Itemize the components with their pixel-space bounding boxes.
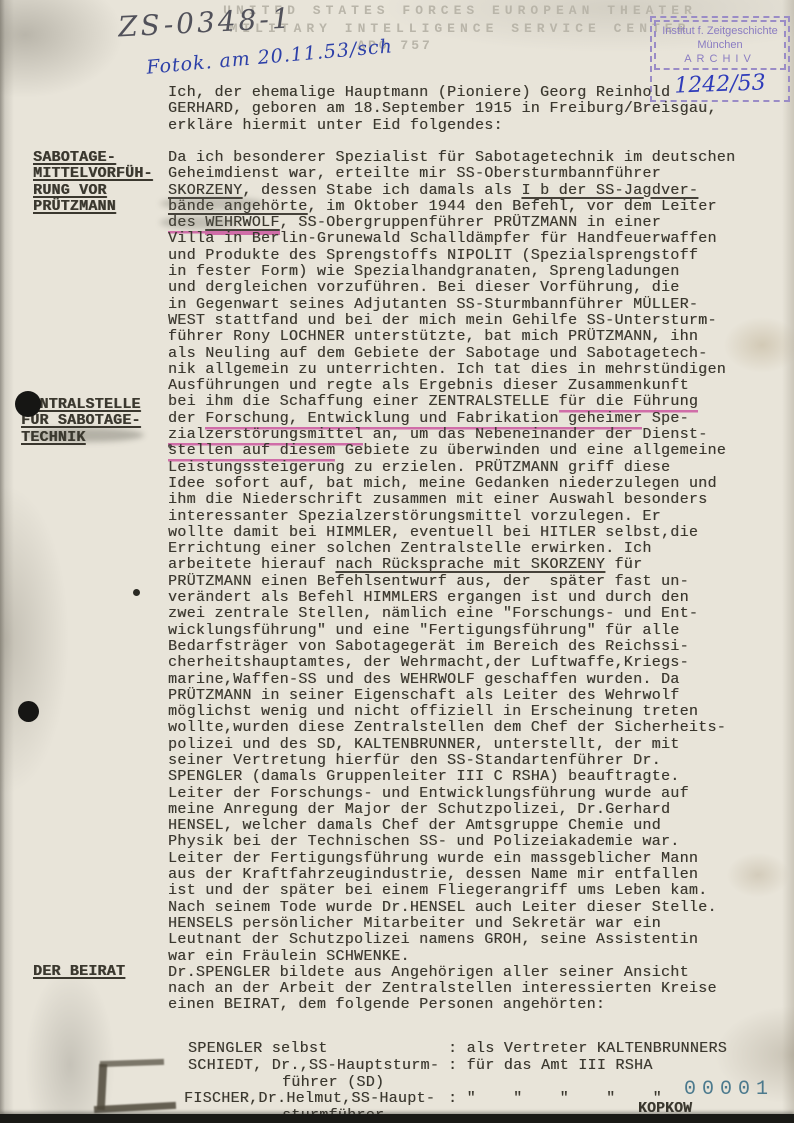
- beirat-role: : für das Amt III RSHA: [448, 1057, 653, 1074]
- stamp-city: München: [656, 38, 784, 52]
- text-line: in fester Form) wie Spezialhandgranaten,…: [168, 264, 735, 280]
- ink-smudge: [26, 428, 144, 442]
- margin-label-sabotagemittelvorfuehrung: SABOTAGE-MITTELVORFÜH-RUNG VORPRÜTZMANN: [33, 150, 153, 215]
- text-segment: PRÜTZMANN in seiner Eigenschaft als Leit…: [168, 687, 680, 704]
- text-segment: Leistungssteigerung zu erzielen. PRÜTZMA…: [168, 459, 670, 476]
- text-segment: bei ihm die Schaffung einer ZENTRALSTELL…: [168, 393, 559, 410]
- text-line: cherheitshauptamtes, der Wehrmacht,der L…: [168, 655, 735, 671]
- text-segment: wicklungsführung" und eine "Fertigungsfü…: [168, 622, 680, 639]
- text-segment: Da ich besonderer Spezialist für Sabotag…: [168, 149, 735, 166]
- text-line: einen BEIRAT, dem folgende Personen ange…: [168, 997, 735, 1013]
- text-segment: Physik bei der Technischen SS- und Poliz…: [168, 833, 680, 850]
- underlined-text: Forschung, Entwicklung und Fabrikation g…: [205, 410, 642, 427]
- text-segment: für: [605, 556, 642, 573]
- text-segment: Bedarfsträger von Sabotagegerät im Berei…: [168, 638, 689, 655]
- text-line: nach an der Arbeit der Zentralstellen in…: [168, 981, 735, 997]
- text-line: bei ihm die Schaffung einer ZENTRALSTELL…: [168, 394, 735, 410]
- text-segment: marine,Waffen-SS und des WEHRWOLF gescha…: [168, 671, 680, 688]
- underlined-text: für die Führung: [559, 393, 699, 410]
- text-line: polizei und des SD, KALTENBRUNNER, unter…: [168, 737, 735, 753]
- stamp-institution: Institut f. Zeitgeschichte: [656, 24, 784, 38]
- text-line: Dr.SPENGLER bildete aus Angehörigen alle…: [168, 965, 735, 981]
- text-segment: in Gegenwart seines Adjutanten SS-Sturmb…: [168, 296, 698, 313]
- text-line: des WEHRWOLF, SS-Obergruppenführer PRÜTZ…: [168, 215, 735, 231]
- text-segment: Spe-: [642, 410, 689, 427]
- text-segment: Geheimdienst war, erteilte mir SS-Oberst…: [168, 165, 661, 182]
- text-line: WEST stattfand und bei der mich mein Geh…: [168, 313, 735, 329]
- stamp-department: ARCHIV: [656, 52, 784, 66]
- beirat-person: FISCHER,Dr.Helmut,SS-Haupt-: [184, 1090, 435, 1107]
- underlined-text: stellen auf diesem: [168, 442, 335, 459]
- text-line: möglichst wenig und nicht offiziell in E…: [168, 704, 735, 720]
- page-serial-stamp: 00001: [684, 1078, 774, 1101]
- text-segment: meine Anregung der Major der Schutzpoliz…: [168, 801, 670, 818]
- punch-hole: [15, 391, 41, 417]
- margin-label-line: PRÜTZMANN: [33, 199, 153, 215]
- text-segment: , SS-Obergruppenführer PRÜTZMANN in eine…: [280, 214, 661, 231]
- margin-label-line: DER BEIRAT: [33, 964, 125, 980]
- text-line: führer Rony LOCHNER unterstützte, bat mi…: [168, 329, 735, 345]
- text-line: Nach seinem Tode wurde Dr.HENSEL auch Le…: [168, 900, 735, 916]
- text-line: erkläre hiermit unter Eid folgendes:: [168, 118, 717, 134]
- text-segment: nik allgemein zu unterrichten. Ich tat d…: [168, 361, 726, 378]
- text-segment: führer Rony LOCHNER unterstützte, bat mi…: [168, 328, 698, 345]
- text-line: PRÜTZMANN einen Befehlsentwurf aus, der …: [168, 574, 735, 590]
- margin-label-line: RUNG VOR: [33, 183, 153, 199]
- beirat-role: : als Vertreter KALTENBRUNNERS: [448, 1040, 727, 1057]
- margin-label-line: SABOTAGE-: [33, 150, 153, 166]
- text-segment: war ein Fräulein SCHWENKE.: [168, 948, 410, 965]
- text-segment: Idee sofort auf, bat mich, meine Gedanke…: [168, 475, 717, 492]
- text-line: Ausführungen und regte als Ergebnis dies…: [168, 378, 735, 394]
- text-segment: Leiter der Fertigungsführung wurde ein m…: [168, 850, 698, 867]
- text-line: meine Anregung der Major der Schutzpoliz…: [168, 802, 735, 818]
- text-line: nik allgemein zu unterrichten. Ich tat d…: [168, 362, 735, 378]
- text-segment: Errichtung einer solchen Zentralstelle e…: [168, 540, 652, 557]
- text-line: wicklungsführung" und eine "Fertigungsfü…: [168, 623, 735, 639]
- text-segment: zwei zentrale Stellen, nämlich eine "For…: [168, 605, 698, 622]
- text-segment: GERHARD, geboren am 18.September 1915 in…: [168, 100, 717, 117]
- text-segment: HENSELS persönlicher Mitarbeiter und Sek…: [168, 915, 661, 932]
- text-segment: seiner Vertretung hierfür den SS-Standar…: [168, 752, 661, 769]
- text-segment: ihm die Niederschrift zusammen mit einer…: [168, 491, 707, 508]
- archive-stamp-text: Institut f. Zeitgeschichte München ARCHI…: [654, 20, 786, 70]
- text-line: zialzerstörungsmittel an, um das Nebenei…: [168, 427, 735, 443]
- text-line: Physik bei der Technischen SS- und Poliz…: [168, 834, 735, 850]
- text-line: ihm die Niederschrift zusammen mit einer…: [168, 492, 735, 508]
- text-line: Villa in Berlin-Grunewald Schalldämpfer …: [168, 231, 735, 247]
- text-segment: WEST stattfand und bei der mich mein Geh…: [168, 312, 717, 329]
- text-line: HENSEL, welcher damals Chef der Amtsgrup…: [168, 818, 735, 834]
- text-segment: aus der Kraftfahrzeugindustrie, dessen N…: [168, 866, 698, 883]
- underlined-text: SKORZENY: [168, 182, 242, 199]
- beirat-person: SCHIEDT, Dr.,SS-Hauptsturm-: [188, 1057, 439, 1074]
- text-segment: Nach seinem Tode wurde Dr.HENSEL auch Le…: [168, 899, 717, 916]
- text-line: wollte damit bei HIMMLER, eventuell bei …: [168, 525, 735, 541]
- text-segment: , im Oktober 1944 den Befehl, vor dem Le…: [308, 198, 717, 215]
- ink-smudge: [160, 216, 238, 229]
- text-line: stellen auf diesem Gebiete zu überwinden…: [168, 443, 735, 459]
- text-line: Da ich besonderer Spezialist für Sabotag…: [168, 150, 735, 166]
- body-text: Da ich besonderer Spezialist für Sabotag…: [168, 150, 735, 1014]
- text-segment: Dr.SPENGLER bildete aus Angehörigen alle…: [168, 964, 689, 981]
- text-segment: ist und der später bei einem Fliegerangr…: [168, 882, 707, 899]
- intro-paragraph: Ich, der ehemalige Hauptmann (Pioniere) …: [168, 85, 717, 134]
- text-line: Leistungssteigerung zu erzielen. PRÜTZMA…: [168, 460, 735, 476]
- text-segment: Ich, der ehemalige Hauptmann (Pioniere) …: [168, 84, 670, 101]
- text-line: SPENGLER (damals Gruppenleiter III C RSH…: [168, 769, 735, 785]
- text-segment: Gebiete zu überwinden und eine allgemein…: [335, 442, 726, 459]
- text-segment: verändert als Befehl HIMMLERS ergangen i…: [168, 589, 689, 606]
- underlined-text: I b der SS-Jagdver-: [521, 182, 698, 199]
- ink-speck: [133, 589, 140, 596]
- text-line: aus der Kraftfahrzeugindustrie, dessen N…: [168, 867, 735, 883]
- text-segment: nach an der Arbeit der Zentralstellen in…: [168, 980, 717, 997]
- text-line: Leutnant der Schutzpolizei namens GROH, …: [168, 932, 735, 948]
- text-segment: und Produkte des Sprengstoffs NIPOLIT (S…: [168, 247, 698, 264]
- text-line: SKORZENY, dessen Stabe ich damals als I …: [168, 183, 735, 199]
- text-segment: arbeitete hierauf: [168, 556, 335, 573]
- text-segment: interessanter Spezialzerstörungsmittel v…: [168, 508, 661, 525]
- ink-smudge: [160, 197, 264, 210]
- beirat-person: SPENGLER selbst: [188, 1040, 328, 1057]
- text-segment: und dergleichen vorzuführen. Bei dieser …: [168, 279, 680, 296]
- text-line: interessanter Spezialzerstörungsmittel v…: [168, 509, 735, 525]
- text-segment: an, um das Nebeneinander der Dienst-: [363, 426, 707, 443]
- text-line: GERHARD, geboren am 18.September 1915 in…: [168, 101, 717, 117]
- text-line: als Neuling auf dem Gebiete der Sabotage…: [168, 346, 735, 362]
- text-line: zwei zentrale Stellen, nämlich eine "For…: [168, 606, 735, 622]
- punch-hole: [18, 701, 39, 722]
- text-segment: als Neuling auf dem Gebiete der Sabotage…: [168, 345, 707, 362]
- text-segment: Leiter der Forschungs- und Entwicklungsf…: [168, 785, 689, 802]
- text-line: Leiter der Forschungs- und Entwicklungsf…: [168, 786, 735, 802]
- text-segment: der: [168, 410, 205, 427]
- text-line: in Gegenwart seines Adjutanten SS-Sturmb…: [168, 297, 735, 313]
- text-segment: Leutnant der Schutzpolizei namens GROH, …: [168, 931, 698, 948]
- text-line: HENSELS persönlicher Mitarbeiter und Sek…: [168, 916, 735, 932]
- text-line: war ein Fräulein SCHWENKE.: [168, 949, 735, 965]
- text-segment: polizei und des SD, KALTENBRUNNER, unter…: [168, 736, 680, 753]
- text-segment: wollte,wurden diese Zentralstellen dem C…: [168, 719, 726, 736]
- text-segment: HENSEL, welcher damals Chef der Amtsgrup…: [168, 817, 661, 834]
- text-segment: Villa in Berlin-Grunewald Schalldämpfer …: [168, 230, 717, 247]
- text-line: der Forschung, Entwicklung und Fabrikati…: [168, 411, 735, 427]
- text-segment: erkläre hiermit unter Eid folgendes:: [168, 117, 503, 134]
- beirat-role: : " " " " ": [448, 1090, 662, 1107]
- text-line: Bedarfsträger von Sabotagegerät im Berei…: [168, 639, 735, 655]
- text-line: PRÜTZMANN in seiner Eigenschaft als Leit…: [168, 688, 735, 704]
- text-line: verändert als Befehl HIMMLERS ergangen i…: [168, 590, 735, 606]
- underlined-text: zialzerstörungsmittel: [168, 426, 363, 443]
- text-line: arbeitete hierauf nach Rücksprache mit S…: [168, 557, 735, 573]
- ink-speck: [168, 444, 172, 448]
- text-line: Leiter der Fertigungsführung wurde ein m…: [168, 851, 735, 867]
- scan-edge: [0, 1114, 794, 1123]
- margin-label-der-beirat: DER BEIRAT: [33, 964, 125, 980]
- text-segment: cherheitshauptamtes, der Wehrmacht,der L…: [168, 654, 689, 671]
- text-line: Idee sofort auf, bat mich, meine Gedanke…: [168, 476, 735, 492]
- text-line: und Produkte des Sprengstoffs NIPOLIT (S…: [168, 248, 735, 264]
- margin-label-line: MITTELVORFÜH-: [33, 166, 153, 182]
- text-segment: möglichst wenig und nicht offiziell in E…: [168, 703, 698, 720]
- text-line: seiner Vertretung hierfür den SS-Standar…: [168, 753, 735, 769]
- text-segment: SPENGLER (damals Gruppenleiter III C RSH…: [168, 768, 680, 785]
- text-line: wollte,wurden diese Zentralstellen dem C…: [168, 720, 735, 736]
- beirat-person-continuation: führer (SD): [282, 1074, 384, 1091]
- text-line: marine,Waffen-SS und des WEHRWOLF gescha…: [168, 672, 735, 688]
- text-segment: einen BEIRAT, dem folgende Personen ange…: [168, 996, 605, 1013]
- text-line: Ich, der ehemalige Hauptmann (Pioniere) …: [168, 85, 717, 101]
- text-line: ist und der später bei einem Fliegerangr…: [168, 883, 735, 899]
- underlined-text: nach Rücksprache mit SKORZENY: [335, 556, 605, 573]
- text-line: Errichtung einer solchen Zentralstelle e…: [168, 541, 735, 557]
- text-segment: PRÜTZMANN einen Befehlsentwurf aus, der …: [168, 573, 689, 590]
- text-line: Geheimdienst war, erteilte mir SS-Oberst…: [168, 166, 735, 182]
- text-segment: , dessen Stabe ich damals als: [242, 182, 521, 199]
- text-segment: in fester Form) wie Spezialhandgranaten,…: [168, 263, 680, 280]
- text-segment: Ausführungen und regte als Ergebnis dies…: [168, 377, 689, 394]
- scanned-document-page: UNITED STATES FORCES EUROPEAN THEATER MI…: [0, 0, 794, 1123]
- text-line: und dergleichen vorzuführen. Bei dieser …: [168, 280, 735, 296]
- text-segment: wollte damit bei HIMMLER, eventuell bei …: [168, 524, 698, 541]
